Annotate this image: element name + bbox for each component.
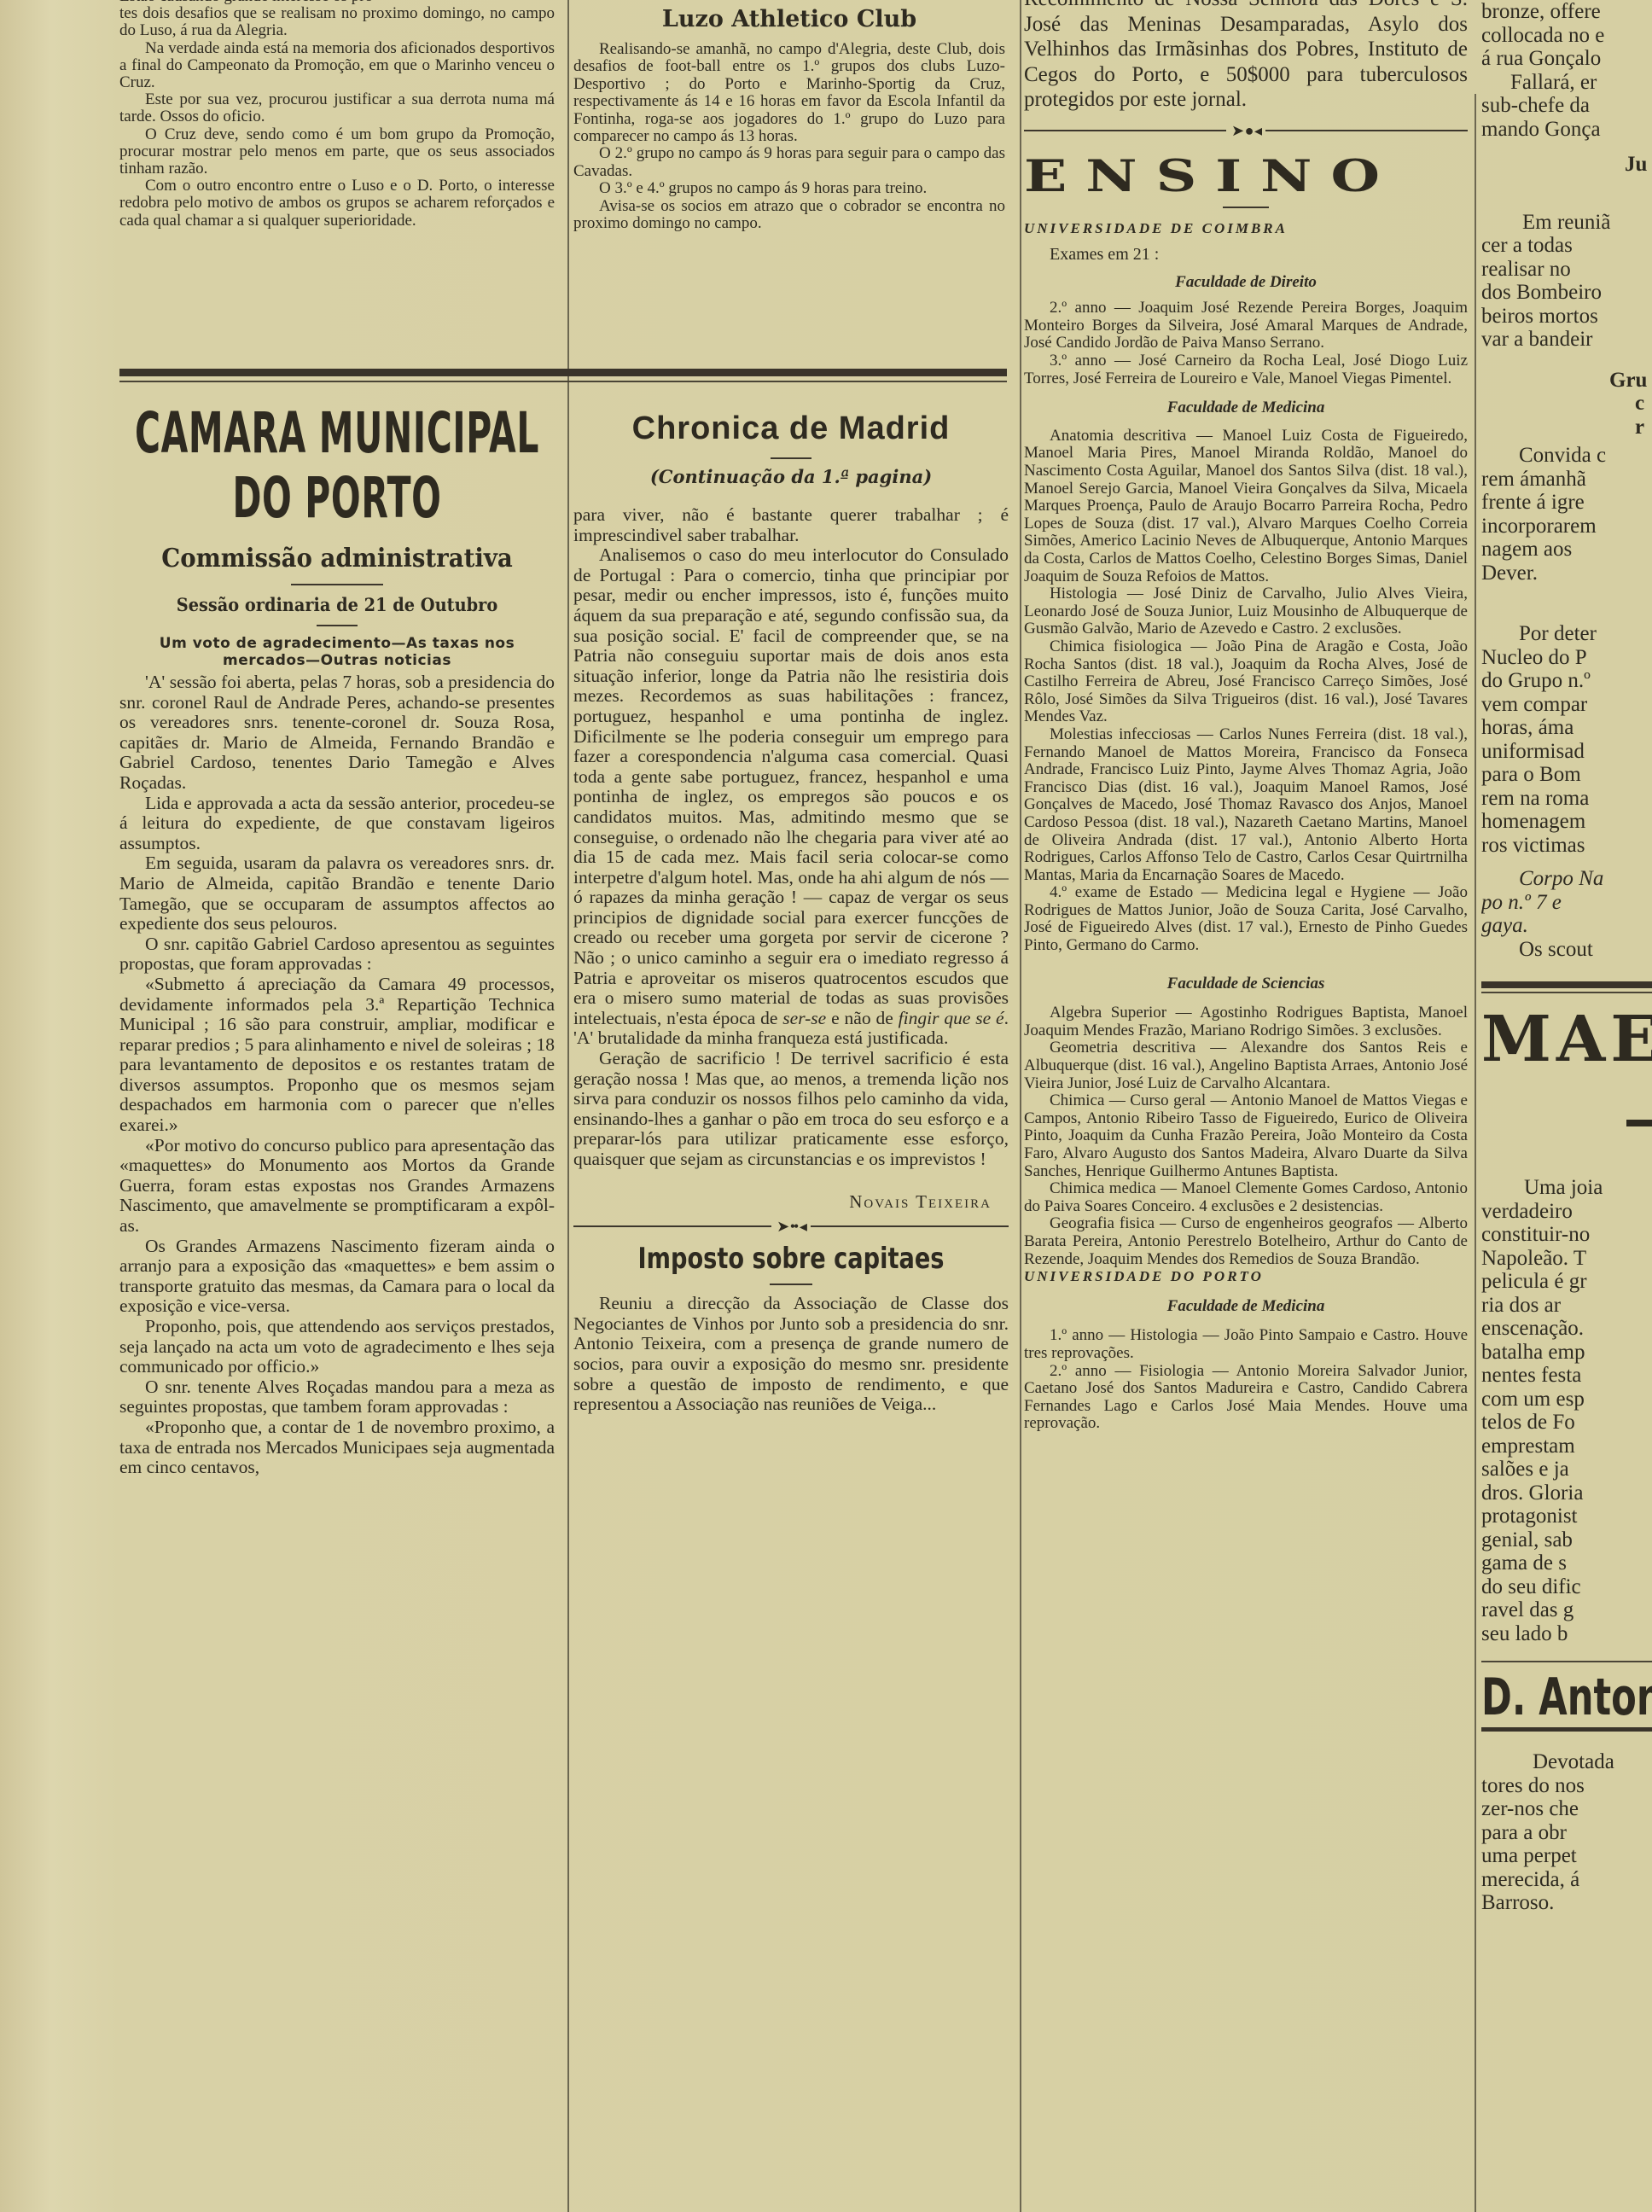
paragraph: O snr. capitão Gabriel Cardoso apresento…	[119, 934, 555, 975]
heading: Ju	[1481, 153, 1652, 177]
text-line: merecida, á	[1481, 1868, 1652, 1892]
paragraph: Proponho, pois, que attendendo aos servi…	[119, 1317, 555, 1377]
text-line: nentes festa	[1481, 1364, 1652, 1388]
article-camara-municipal: CAMARA MUNICIPAL DO PORTO Commissão admi…	[119, 401, 555, 2212]
university-heading: UNIVERSIDADE DE COIMBRA	[1024, 220, 1468, 238]
author-signature: Novais Teixeira	[573, 1192, 992, 1213]
text-line: seu lado b	[1481, 1622, 1652, 1646]
short-rule	[771, 457, 811, 459]
section-title-ensino: ENSINO	[1024, 151, 1468, 199]
text-line: dos Bombeiro	[1481, 281, 1652, 305]
column-ensino: Recolhimento de Nossa Senhora das Dôres …	[1024, 0, 1468, 2212]
paragraph: tes dois desafios que se realisam no pro…	[119, 5, 555, 39]
text-line: do seu dific	[1481, 1575, 1652, 1599]
short-rule	[317, 625, 358, 626]
column-right-cropped: bronze, offere collocada no e á rua Gonç…	[1481, 0, 1652, 2212]
text-line: Napoleão. T	[1481, 1247, 1652, 1271]
emphasis: fingir que se é	[899, 1008, 1004, 1028]
summary-heading: Um voto de agradecimento—As taxas nos me…	[119, 635, 555, 669]
paragraph: Na verdade ainda está na memoria dos afi…	[119, 40, 555, 92]
faculty-heading: Faculdade de Sciencias	[1024, 975, 1468, 993]
short-rule	[1223, 207, 1269, 208]
paragraph: «Por motivo do concurso publico para apr…	[119, 1136, 555, 1237]
continuation-note: (Continuação da 1.ª pagina)	[573, 466, 1009, 488]
text-line: gama de s	[1481, 1551, 1652, 1575]
text-line: frente á igre	[1481, 491, 1652, 515]
exam-entry: Geografia fisica — Curso de engenheiros …	[1024, 1215, 1468, 1268]
text-line: constituir-no	[1481, 1223, 1652, 1247]
text-line: mando Gonça	[1481, 118, 1652, 142]
text-line: beiros mortos	[1481, 305, 1652, 329]
article-title-imposto: Imposto sobre capitaes	[617, 1241, 965, 1277]
paragraph: «Proponho que, a contar de 1 de novembro…	[119, 1417, 555, 1478]
text-line: do Grupo n.º	[1481, 669, 1652, 693]
paragraph: O 2.º grupo no campo ás 9 horas para seg…	[573, 145, 1005, 180]
text-line: para o Bom	[1481, 763, 1652, 787]
headline-d-antonio: D. Antoni	[1481, 1668, 1652, 1727]
text-line: horas, áma	[1481, 716, 1652, 740]
paragraph: O 3.º e 4.º grupos no campo ás 9 horas p…	[573, 180, 1005, 197]
text-line: batalha emp	[1481, 1341, 1652, 1365]
paragraph: Com o outro encontro entre o Luso e o D.…	[119, 178, 555, 230]
section-divider-thick	[119, 369, 1007, 376]
text-line: bronze, offere	[1481, 0, 1652, 24]
faculty-heading: Faculdade de Medicina	[1024, 1298, 1468, 1316]
section-divider-thin	[1481, 1645, 1652, 1662]
text-line: realisar no	[1481, 258, 1652, 282]
paragraph: Recolhimento de Nossa Senhora das Dôres …	[1024, 0, 1468, 113]
section-divider-thin	[119, 381, 1007, 382]
heading: c	[1481, 392, 1652, 416]
exam-entry: Geometria descritiva — Alexandre dos San…	[1024, 1039, 1468, 1092]
text-line: sub-chefe da	[1481, 94, 1652, 118]
heading: Gru	[1481, 369, 1652, 393]
paragraph: Realisando-se amanhã, no campo d'Alegria…	[573, 41, 1005, 145]
paragraph-text: e não de	[826, 1008, 898, 1028]
text-line: telos de Fo	[1481, 1411, 1652, 1435]
section-divider-thick	[1481, 1727, 1652, 1732]
text-line: para a obr	[1481, 1821, 1652, 1845]
faculty-heading: Faculdade de Direito	[1024, 274, 1468, 292]
paragraph: Em seguida, usaram da palavra os vereado…	[119, 853, 555, 934]
text-line: Em reuniã	[1481, 211, 1652, 235]
exam-entry: Anatomia descritiva — Manoel Luiz Costa …	[1024, 428, 1468, 585]
text-line: Barroso.	[1481, 1891, 1652, 1915]
text-line: com um esp	[1481, 1388, 1652, 1412]
section-divider-thin	[1481, 992, 1652, 993]
text-line: Dever.	[1481, 562, 1652, 585]
short-rule	[770, 1284, 812, 1285]
exam-entry: Chimica — Curso geral — Antonio Manoel d…	[1024, 1092, 1468, 1180]
paragraph: Este por sua vez, procurou justificar a …	[119, 91, 555, 125]
exam-date: Exames em 21 :	[1024, 246, 1468, 264]
text-line: Os scout	[1481, 938, 1652, 962]
text-line: uniformisad	[1481, 740, 1652, 764]
text-line: rem na roma	[1481, 787, 1652, 811]
headline-line-1: CAMARA MUNICIPAL	[119, 401, 555, 466]
exam-entry: Molestias infecciosas — Carlos Nunes Fer…	[1024, 726, 1468, 884]
text-line: Nucleo do P	[1481, 646, 1652, 670]
paragraph: O snr. tenente Alves Roçadas mandou para…	[119, 1377, 555, 1417]
article-desafios: Estão causando grande interesse os pro- …	[119, 0, 555, 346]
paragraph: Reuniu a direcção da Associação de Class…	[573, 1294, 1009, 1415]
text-line: Por deter	[1481, 622, 1652, 646]
paragraph: Avisa-se os socios em atrazo que o cobra…	[573, 198, 1005, 233]
paragraph: 'A' sessão foi aberta, pelas 7 horas, so…	[119, 672, 555, 794]
short-rule	[291, 584, 383, 585]
column-rule-1	[567, 0, 569, 2212]
text-line: dros. Gloria	[1481, 1481, 1652, 1505]
text-line: vem compar	[1481, 693, 1652, 717]
faculty-heading: Faculdade de Medicina	[1024, 399, 1468, 417]
text-line: Fallará, er	[1481, 71, 1652, 95]
text-line: enscenação.	[1481, 1317, 1652, 1341]
text-line: á rua Gonçalo	[1481, 47, 1652, 71]
article-luzo-athletico: Luzo Athletico Club Realisando-se amanhã…	[573, 0, 1005, 358]
text-line: Uma joia	[1481, 1176, 1652, 1200]
text-line: zer-nos che	[1481, 1797, 1652, 1821]
text-line: gaya.	[1481, 914, 1652, 938]
paragraph: O Cruz deve, sendo como é um bom grupo d…	[119, 126, 555, 178]
heading: r	[1481, 416, 1652, 439]
text-line: verdadeiro	[1481, 1200, 1652, 1224]
text-line: po n.º 7 e	[1481, 891, 1652, 915]
emphasis: ser-se	[782, 1008, 826, 1028]
subheadline: Commissão administrativa	[137, 543, 537, 575]
exam-entry: 2.º anno — Joaquim José Rezende Pereira …	[1024, 300, 1468, 352]
column-rule-3	[1475, 94, 1476, 2212]
headline-line-2: DO PORTO	[119, 466, 555, 531]
paragraph-text: Analisemos o caso do meu interlocutor do…	[573, 544, 1009, 1028]
text-line: rem ámanhã	[1481, 468, 1652, 492]
text-line: genial, sab	[1481, 1528, 1652, 1552]
exam-entry: 3.º anno — José Carneiro da Rocha Leal, …	[1024, 352, 1468, 387]
paragraph: Os Grandes Armazens Nascimento fizeram a…	[119, 1237, 555, 1317]
paragraph: «Submetto á apreciação da Camara 49 proc…	[119, 975, 555, 1136]
ornament-divider: ➤ •• ◂	[573, 1217, 1009, 1236]
paragraph: Lida e approvada a acta da sessão anteri…	[119, 794, 555, 854]
text-line: emprestam	[1481, 1435, 1652, 1458]
text-line: ravel das g	[1481, 1598, 1652, 1622]
text-line: incorporarem	[1481, 515, 1652, 538]
headline-mae: MAE	[1481, 1007, 1652, 1072]
exam-entry: 2.º anno — Fisiologia — Antonio Moreira …	[1024, 1363, 1468, 1433]
text-line: salões e ja	[1481, 1458, 1652, 1481]
text-line: var a bandeir	[1481, 328, 1652, 352]
text-line: Devotada	[1481, 1750, 1652, 1774]
text-line: uma perpet	[1481, 1844, 1652, 1868]
text-line: cer a todas	[1481, 234, 1652, 258]
text-line: tores do nos	[1481, 1774, 1652, 1798]
exam-entry: Chimica fisiologica — João Pina de Aragã…	[1024, 638, 1468, 726]
exam-entry: Algebra Superior — Agostinho Rodrigues B…	[1024, 1004, 1468, 1039]
section-divider-thick	[1481, 961, 1652, 988]
ornament-divider: ➤ ● ◂	[1024, 121, 1468, 140]
session-heading: Sessão ordinaria de 21 de Outubro	[137, 594, 537, 616]
text-line: protagonist	[1481, 1505, 1652, 1528]
paragraph: para viver, não é bastante querer trabal…	[573, 505, 1009, 545]
exam-entry: Chimica medica — Manoel Clemente Gomes C…	[1024, 1180, 1468, 1215]
column-rule-2	[1020, 0, 1021, 2212]
university-heading: UNIVERSIDADE DO PORTO	[1024, 1268, 1468, 1286]
text-line: pelicula é gr	[1481, 1270, 1652, 1294]
paragraph: Analisemos o caso do meu interlocutor do…	[573, 545, 1009, 1049]
exam-entry: 4.º exame de Estado — Medicina legal e H…	[1024, 884, 1468, 954]
paragraph: Geração de sacrificio ! De terrivel sacr…	[573, 1049, 1009, 1170]
text-line: ros victimas	[1481, 834, 1652, 858]
article-title: Chronica de Madrid	[573, 410, 1009, 447]
short-rule	[1626, 1120, 1652, 1126]
exam-entry: 1.º anno — Histologia — João Pinto Sampa…	[1024, 1327, 1468, 1362]
text-line: ria dos ar	[1481, 1294, 1652, 1318]
text-line: collocada no e	[1481, 24, 1652, 48]
text-line: homenagem	[1481, 810, 1652, 834]
exam-entry: Histologia — José Diniz de Carvalho, Jul…	[1024, 585, 1468, 638]
article-title: Luzo Athletico Club	[573, 7, 1005, 32]
text-line: Convida c	[1481, 444, 1652, 468]
text-line: nagem aos	[1481, 538, 1652, 562]
text-line: Corpo Na	[1481, 867, 1652, 891]
article-chronica-madrid: Chronica de Madrid (Continuação da 1.ª p…	[573, 410, 1009, 2212]
